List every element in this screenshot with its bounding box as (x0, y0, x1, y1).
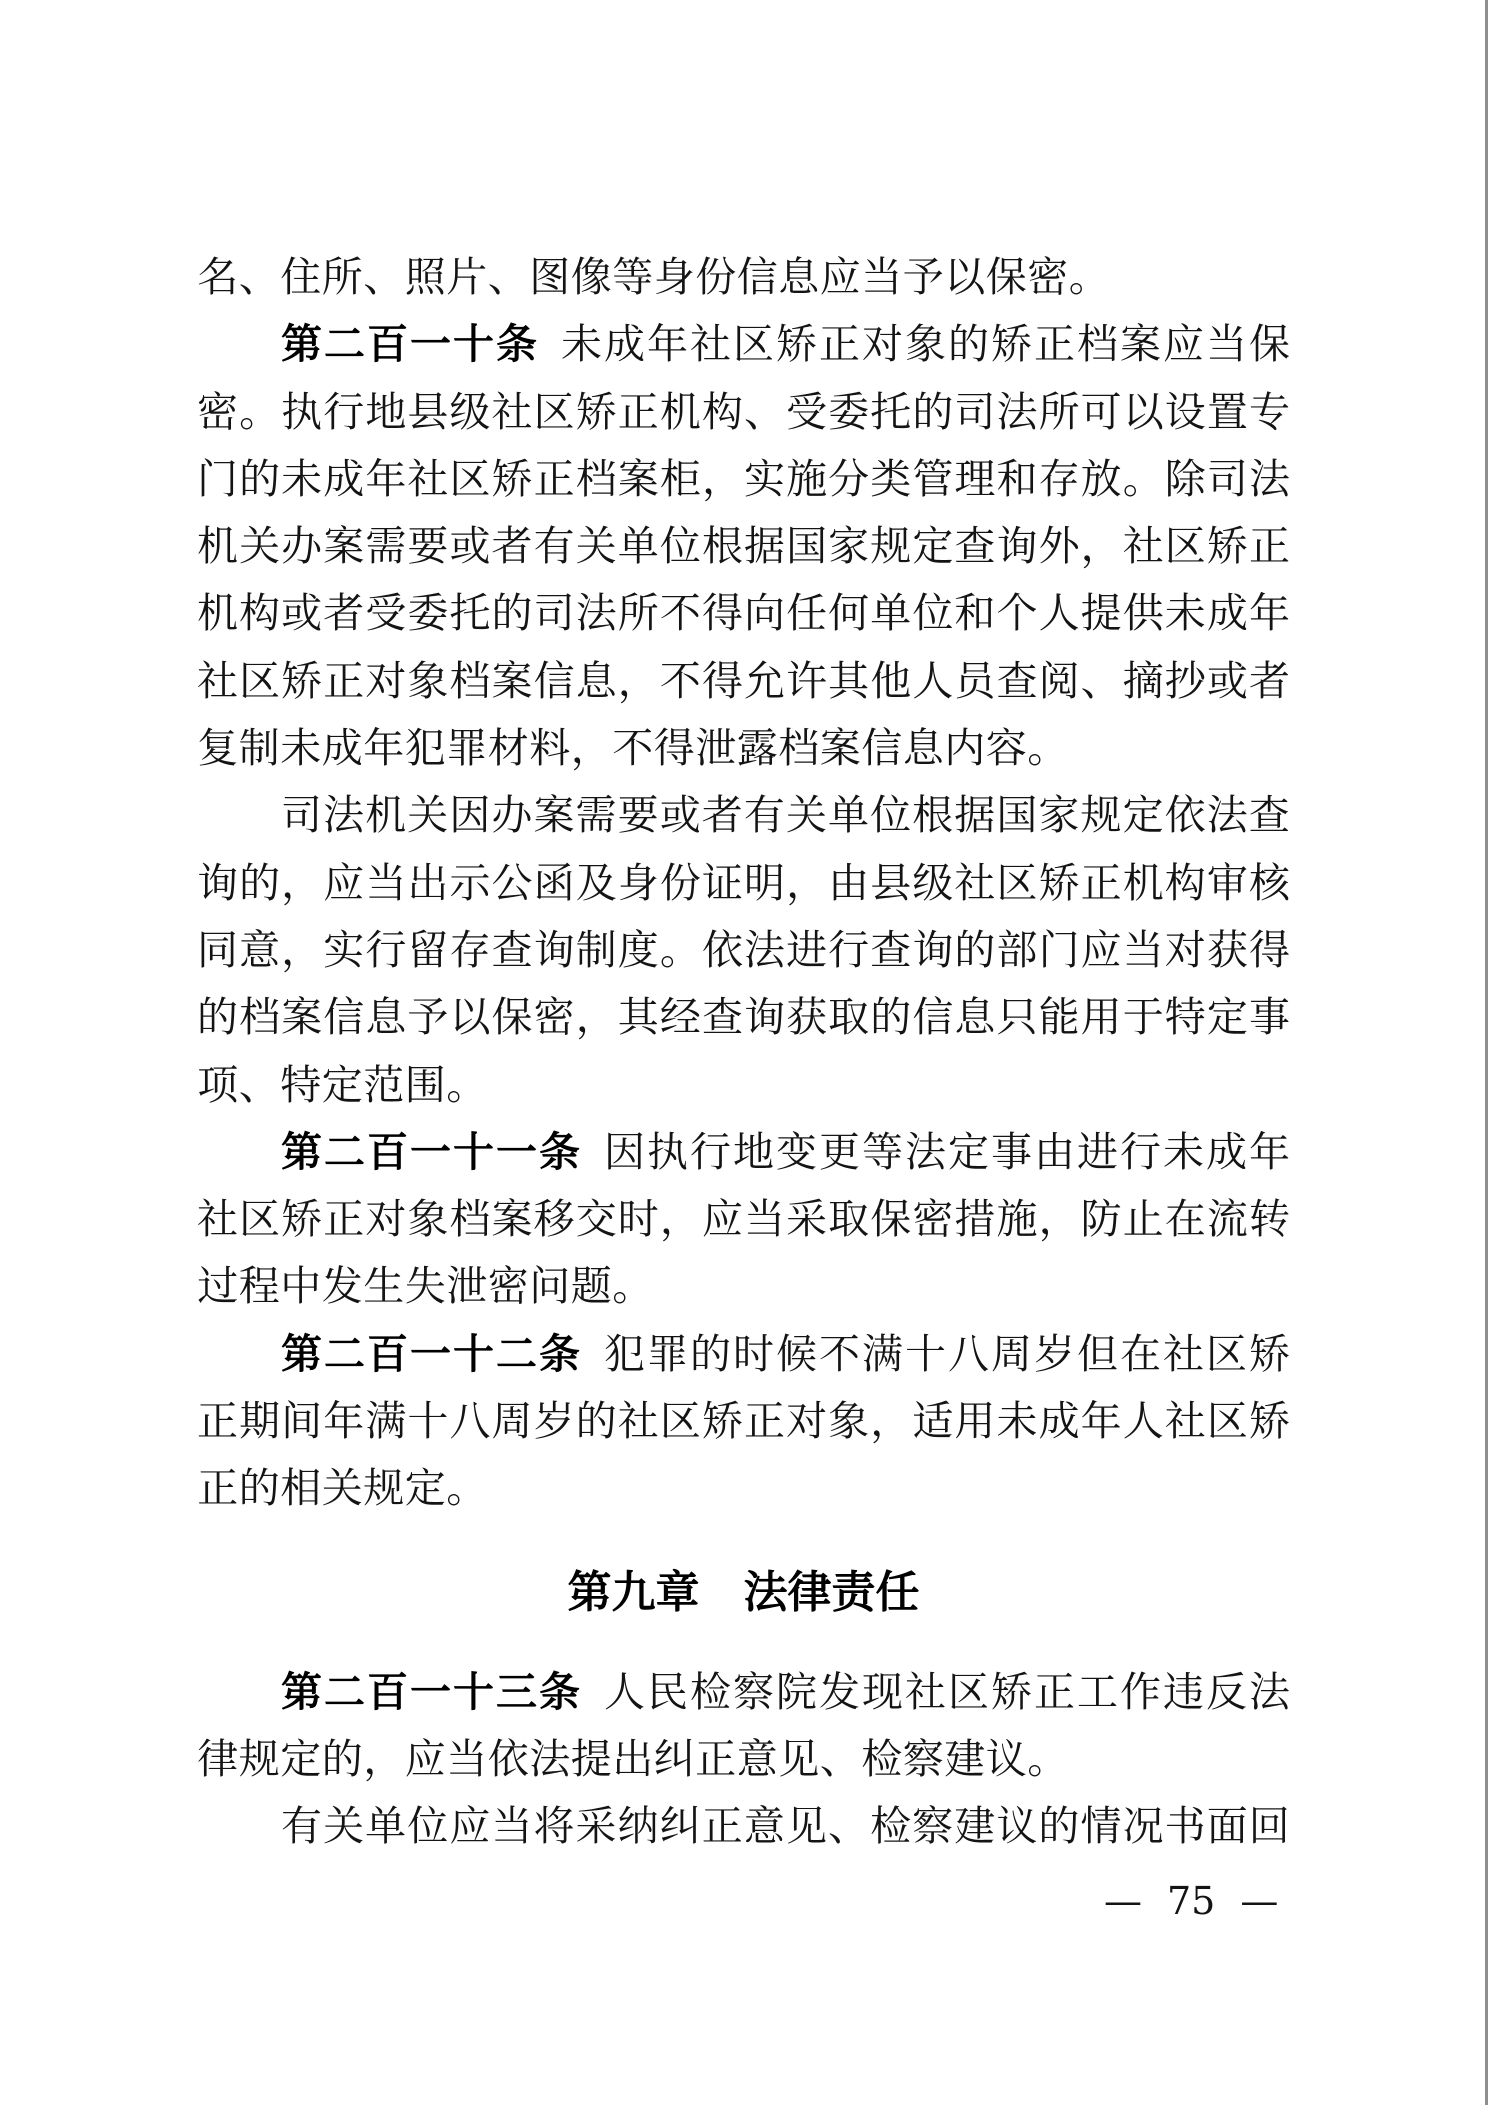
text-char: 的 (239, 446, 280, 513)
text-char: 委 (828, 379, 869, 446)
text-char: 理 (954, 446, 995, 513)
text-char: 实 (744, 446, 785, 513)
text-char: 察 (903, 1726, 945, 1793)
text-char: 家 (828, 513, 869, 580)
text-line: 机构或者受委托的司法所不得向任何单位和个人提供未成年 (197, 580, 1290, 647)
text-char: 定 (322, 1052, 364, 1119)
text-char: 对 (786, 1388, 827, 1455)
text-char: 单 (618, 513, 659, 580)
text-char: 所 (322, 244, 364, 311)
text-char: 议 (986, 1726, 1028, 1793)
article-number-char: 条 (496, 311, 537, 378)
text-char: 发 (322, 1253, 364, 1320)
text-char: 十 (905, 1321, 946, 1388)
text-char: 察 (912, 1793, 953, 1860)
text-char: 有 (534, 513, 575, 580)
text-char: 进 (1077, 1119, 1118, 1186)
text-char: 范 (363, 1052, 405, 1119)
text-char: 国 (996, 782, 1037, 849)
text-char: 位 (912, 580, 953, 647)
text-char: 年 (1249, 1119, 1290, 1186)
text-char: 罪 (446, 715, 488, 782)
text-char: 机 (197, 513, 238, 580)
text-char: 材 (488, 715, 530, 782)
text-char: 密 (197, 379, 238, 446)
text-char: 社 (1165, 1388, 1206, 1455)
text-char: 社 (618, 1388, 659, 1455)
text-char: 工 (1077, 1659, 1118, 1726)
text-char: 份 (660, 850, 701, 917)
text-char: 转 (1249, 1186, 1290, 1253)
text-char: ， (281, 850, 322, 917)
text-char: 者 (492, 513, 533, 580)
text-char: 档 (449, 648, 490, 715)
text-char: 律 (197, 1726, 239, 1793)
text-char: 放 (1081, 446, 1122, 513)
paragraph: 第二百一十一条因执行地变更等法定事由进行未成年社区矫正对象档案移交时，应当采取保… (197, 1119, 1290, 1321)
article-number-char: 十 (453, 1659, 494, 1726)
text-line: 第二百一十条未成年社区矫正对象的矫正档案应当保 (197, 311, 1290, 378)
text-char: 有 (744, 782, 785, 849)
text-char: 要 (618, 782, 659, 849)
text-char: 单 (828, 782, 869, 849)
text-char: 地 (365, 379, 406, 446)
text-char: 建 (954, 1793, 995, 1860)
text-char: 正 (1249, 513, 1290, 580)
text-char: 执 (281, 379, 322, 446)
text-char: 者 (1249, 648, 1290, 715)
text-char: 构 (239, 580, 280, 647)
article-number-char: 一 (410, 1321, 451, 1388)
text-char: 矫 (281, 1186, 322, 1253)
text-char: 成 (1206, 1119, 1247, 1186)
text-char: 委 (407, 580, 448, 647)
text-line: 机关办案需要或者有关单位根据国家规定查询外，社区矫正 (197, 513, 1290, 580)
text-char: 信 (737, 244, 779, 311)
text-char: 份 (695, 244, 737, 311)
text-char: 核 (1249, 850, 1290, 917)
text-char: 对 (862, 311, 903, 378)
text-char: 社 (407, 446, 448, 513)
text-char: 象 (828, 1388, 869, 1455)
chapter-heading-text: 第九章 (568, 1567, 700, 1618)
text-char: 察 (733, 1659, 774, 1726)
text-char: 息 (903, 715, 945, 782)
text-char: 询 (912, 917, 953, 984)
text-char: 根 (702, 513, 743, 580)
text-char: 。 (239, 379, 280, 446)
text-char: 、 (820, 1726, 862, 1793)
text-char: 年 (647, 311, 688, 378)
text-char: 司 (534, 580, 575, 647)
text-char: 成 (604, 311, 645, 378)
text-char: 规 (239, 1726, 281, 1793)
text-char: 、 (488, 244, 530, 311)
text-char: 。 (660, 917, 701, 984)
document-body: 名、住所、照片、图像等身份信息应当予以保密。第二百一十条未成年社区矫正对象的矫正… (197, 244, 1290, 1861)
text-char: 人 (912, 648, 953, 715)
text-char: 密 (1027, 244, 1069, 311)
text-char: 。 (612, 1253, 654, 1320)
text-char: 区 (948, 1659, 989, 1726)
text-char: 机 (1123, 850, 1164, 917)
text-char: 周 (492, 1388, 533, 1455)
text-char: 象 (407, 1186, 448, 1253)
text-char: 不 (660, 648, 701, 715)
text-char: 任 (786, 580, 827, 647)
article-number-char: 十 (453, 1321, 494, 1388)
text-char: 意 (737, 1726, 779, 1793)
text-char: 信 (534, 648, 575, 715)
text-char: 司 (281, 782, 322, 849)
text-char: 犯 (405, 715, 447, 782)
text-char: ， (660, 1186, 701, 1253)
text-char: 留 (407, 917, 448, 984)
text-char: 正 (695, 1726, 737, 1793)
text-char: 抄 (1165, 648, 1206, 715)
text-char: 、 (239, 1052, 281, 1119)
text-char: 提 (571, 1726, 613, 1793)
text-char: 定 (405, 1455, 447, 1522)
text-char: 得 (654, 715, 696, 782)
text-char: 关 (786, 782, 827, 849)
text-char: 法 (1249, 446, 1290, 513)
text-char: 行 (690, 1119, 731, 1186)
article-number-char: 条 (539, 1659, 580, 1726)
text-char: 矫 (281, 648, 322, 715)
text-char: 案 (492, 648, 533, 715)
text-char: 依 (1165, 782, 1206, 849)
text-char: 区 (996, 850, 1037, 917)
text-char: 员 (954, 648, 995, 715)
article-number-char: 十 (453, 1119, 494, 1186)
text-char: 查 (492, 917, 533, 984)
text-char: 公 (492, 850, 533, 917)
text-char: 像 (571, 244, 613, 311)
text-char: 案 (492, 1186, 533, 1253)
text-line: 司法机关因办案需要或者有关单位根据国家规定依法查 (197, 782, 1290, 849)
text-char: 设 (1165, 379, 1206, 446)
text-char: 事 (991, 1119, 1032, 1186)
article-number-char: 二 (324, 1659, 365, 1726)
page-number: 75 (1167, 1879, 1215, 1923)
text-char: 关 (407, 782, 448, 849)
text-char: 询 (996, 513, 1037, 580)
text-char: 纠 (660, 1793, 701, 1860)
text-char: 社 (1123, 513, 1164, 580)
text-char: 过 (197, 1253, 239, 1320)
text-char: 托 (449, 580, 490, 647)
text-char: 机 (365, 782, 406, 849)
text-char: 流 (1207, 1186, 1248, 1253)
text-char: 保 (492, 984, 533, 1051)
text-char: 身 (618, 850, 659, 917)
text-char: 只 (996, 984, 1037, 1051)
text-char: 移 (534, 1186, 575, 1253)
text-char: 法 (905, 1119, 946, 1186)
text-char: 的 (576, 1388, 617, 1455)
text-char: 县 (870, 850, 911, 917)
text-char: 应 (449, 1793, 490, 1860)
text-char: 违 (1163, 1659, 1204, 1726)
text-char: 的 (948, 311, 989, 378)
text-char: 于 (1123, 984, 1164, 1051)
text-char: 得 (702, 580, 743, 647)
text-char: 的 (197, 984, 238, 1051)
text-char: 的 (492, 580, 533, 647)
text-char: 。 (1027, 1726, 1069, 1793)
paragraph: 第二百一十条未成年社区矫正对象的矫正档案应当保密。执行地县级社区矫正机构、受委托… (197, 311, 1290, 782)
text-char: 矫 (991, 1659, 1032, 1726)
text-char: 社 (197, 648, 238, 715)
text-char: 要 (407, 513, 448, 580)
text-char: 以 (1123, 379, 1164, 446)
text-char: 和 (996, 446, 1037, 513)
text-char: 八 (449, 1388, 490, 1455)
text-char: 据 (954, 782, 995, 849)
text-char: 社 (954, 850, 995, 917)
text-char: 出 (612, 1726, 654, 1793)
text-char: 国 (786, 513, 827, 580)
text-char: 问 (529, 1253, 571, 1320)
text-char: 由 (828, 850, 869, 917)
text-char: 未 (561, 311, 602, 378)
text-char: ， (576, 984, 617, 1051)
text-char: 经 (660, 984, 701, 1051)
text-char: 内 (944, 715, 986, 782)
text-char: 程 (239, 1253, 281, 1320)
text-char: 意 (239, 917, 280, 984)
text-char: 候 (776, 1321, 817, 1388)
text-char: 办 (281, 513, 322, 580)
text-char: 矫 (492, 446, 533, 513)
text-char: 查 (954, 513, 995, 580)
text-char: 所 (618, 580, 659, 647)
text-char: 执 (647, 1119, 688, 1186)
text-char: 有 (281, 1793, 322, 1860)
text-char: 回 (1249, 1793, 1290, 1860)
text-char: 面 (1207, 1793, 1248, 1860)
text-char: 年 (323, 1388, 364, 1455)
text-char: 定 (280, 1726, 322, 1793)
text-char: 检 (690, 1659, 731, 1726)
text-char: ， (1039, 1186, 1080, 1253)
text-char: 的 (912, 379, 953, 446)
text-char: 、 (239, 244, 281, 311)
text-char: 等 (862, 1119, 903, 1186)
text-line: 项、特定范围。 (197, 1052, 1290, 1119)
text-char: 交 (576, 1186, 617, 1253)
text-line: 的档案信息予以保密，其经查询获取的信息只能用于特定事 (197, 984, 1290, 1051)
text-char: 据 (744, 513, 785, 580)
text-char: 应 (1081, 917, 1122, 984)
text-char: 保 (986, 244, 1028, 311)
text-char: 矫 (576, 379, 617, 446)
text-char: 询 (534, 917, 575, 984)
article-number-char: 一 (410, 1119, 451, 1186)
text-char: 的 (690, 1321, 731, 1388)
text-char: 法 (996, 379, 1037, 446)
text-char: 矫 (1207, 513, 1248, 580)
text-char: 保 (870, 1186, 911, 1253)
text-char: 八 (948, 1321, 989, 1388)
text-char: 关 (323, 1793, 364, 1860)
text-char: 不 (819, 1321, 860, 1388)
text-char: 查 (702, 984, 743, 1051)
text-char: 中 (280, 1253, 322, 1320)
text-char: 满 (365, 1388, 406, 1455)
text-line: 名、住所、照片、图像等身份信息应当予以保密。 (197, 244, 1290, 311)
text-char: 的 (322, 1726, 364, 1793)
text-char: 料 (529, 715, 571, 782)
text-char: 未 (1163, 1119, 1204, 1186)
text-char: 许 (786, 648, 827, 715)
document-page: 名、住所、照片、图像等身份信息应当予以保密。第二百一十条未成年社区矫正对象的矫正… (0, 0, 1488, 2105)
article-number-char: 二 (324, 1119, 365, 1186)
text-char: 允 (744, 648, 785, 715)
text-char: 生 (363, 1253, 405, 1320)
text-char: 期 (239, 1388, 280, 1455)
text-char: 行 (365, 917, 406, 984)
article-number-char: 条 (539, 1321, 580, 1388)
text-char: 需 (365, 513, 406, 580)
text-char: 或 (449, 513, 490, 580)
text-char: 矫 (1249, 1321, 1290, 1388)
text-char: 。 (1069, 244, 1111, 311)
text-char: 何 (828, 580, 869, 647)
text-char: 由 (1034, 1119, 1075, 1186)
chapter-heading-text: 法律责任 (744, 1567, 920, 1618)
text-char: 见 (778, 1726, 820, 1793)
text-char: 规 (1080, 782, 1121, 849)
text-char: 法 (576, 580, 617, 647)
text-char: 容 (986, 715, 1028, 782)
text-char: 正 (323, 648, 364, 715)
page-footer: — 75 — (1104, 1879, 1278, 1923)
text-char: 当 (491, 1793, 532, 1860)
text-char: 和 (954, 580, 995, 647)
article-number-char: 第 (281, 1659, 322, 1726)
text-char: 行 (323, 379, 364, 446)
text-char: 单 (365, 1793, 406, 1860)
text-char: 予 (903, 244, 945, 311)
text-char: 防 (1081, 1186, 1122, 1253)
text-char: 当 (744, 1186, 785, 1253)
text-char: 托 (870, 379, 911, 446)
text-char: 满 (862, 1321, 903, 1388)
text-char: 特 (1165, 984, 1206, 1051)
text-char: 摘 (1123, 648, 1164, 715)
text-char: 密 (488, 1253, 530, 1320)
text-line: 第二百一十三条人民检察院发现社区矫正工作违反法 (197, 1659, 1290, 1726)
text-char: 对 (365, 1186, 406, 1253)
text-char: 个 (996, 580, 1037, 647)
text-char: 现 (862, 1659, 903, 1726)
text-char: 位 (407, 1793, 448, 1860)
text-char: 者 (702, 782, 743, 849)
text-char: 书 (1165, 1793, 1206, 1860)
text-char: 人 (1039, 580, 1080, 647)
text-char: 区 (239, 1186, 280, 1253)
text-char: 外 (1039, 513, 1080, 580)
text-char: 专 (1249, 379, 1290, 446)
text-char: 检 (870, 1793, 911, 1860)
text-char: 办 (491, 782, 532, 849)
text-char: ， (363, 1726, 405, 1793)
text-char: 受 (365, 580, 406, 647)
text-char: 除 (1165, 446, 1206, 513)
text-char: 以 (449, 984, 490, 1051)
text-char: 密 (912, 1186, 953, 1253)
text-char: 地 (733, 1119, 774, 1186)
text-char: 复 (197, 715, 239, 782)
text-char: 未 (996, 1388, 1037, 1455)
text-char: 案 (618, 446, 659, 513)
text-line: 正的相关规定。 (197, 1455, 1290, 1522)
text-char: 分 (828, 446, 869, 513)
text-char: 的 (239, 850, 280, 917)
text-char: 用 (1081, 984, 1122, 1051)
text-char: 实 (323, 917, 364, 984)
text-char: 查 (1249, 782, 1290, 849)
text-line: 正期间年满十八周岁的社区矫正对象，适用未成年人社区矫 (197, 1388, 1290, 1455)
text-char: 询 (197, 850, 238, 917)
text-char: 将 (533, 1793, 574, 1860)
text-char: 社 (1163, 1321, 1204, 1388)
text-char: 十 (407, 1388, 448, 1455)
text-char: 年 (365, 446, 406, 513)
text-char: 正 (618, 379, 659, 446)
text-char: 及 (576, 850, 617, 917)
text-char: 区 (1207, 1388, 1248, 1455)
text-char: 法 (1249, 1659, 1290, 1726)
text-char: 身 (654, 244, 696, 311)
text-char: 人 (604, 1659, 645, 1726)
paragraph: 司法机关因办案需要或者有关单位根据国家规定依法查询的，应当出示公函及身份证明，由… (197, 782, 1290, 1118)
text-char: 当 (446, 1726, 488, 1793)
text-char: 案 (1120, 311, 1161, 378)
text-char: 应 (1163, 311, 1204, 378)
text-char: ， (870, 1388, 911, 1455)
text-char: 未 (1165, 580, 1206, 647)
text-char: 不 (612, 715, 654, 782)
text-char: 档 (449, 1186, 490, 1253)
paragraph: 第二百一十三条人民检察院发现社区矫正工作违反法律规定的，应当依法提出纠正意见、检… (197, 1659, 1290, 1794)
text-char: 示 (449, 850, 490, 917)
text-char: 关 (322, 1455, 364, 1522)
text-char: 区 (239, 648, 280, 715)
text-char: 特 (280, 1052, 322, 1119)
text-char: 定 (1207, 984, 1248, 1051)
article-number-char: 百 (367, 1659, 408, 1726)
article-number-char: 第 (281, 1321, 322, 1388)
text-char: 年 (1081, 1388, 1122, 1455)
text-line: 密。执行地县级社区矫正机构、受委托的司法所可以设置专 (197, 379, 1290, 446)
text-char: 规 (363, 1455, 405, 1522)
text-char: 正 (197, 1388, 238, 1455)
text-char: 应 (405, 1726, 447, 1793)
text-char: 出 (407, 850, 448, 917)
text-char: 询 (744, 984, 785, 1051)
text-char: 议 (996, 1793, 1037, 1860)
text-char: 查 (870, 917, 911, 984)
text-char: 规 (870, 513, 911, 580)
text-char: ， (786, 850, 827, 917)
text-char: 置 (1207, 379, 1248, 446)
text-char: 或 (281, 580, 322, 647)
text-char: 位 (870, 782, 911, 849)
text-char: 予 (407, 984, 448, 1051)
